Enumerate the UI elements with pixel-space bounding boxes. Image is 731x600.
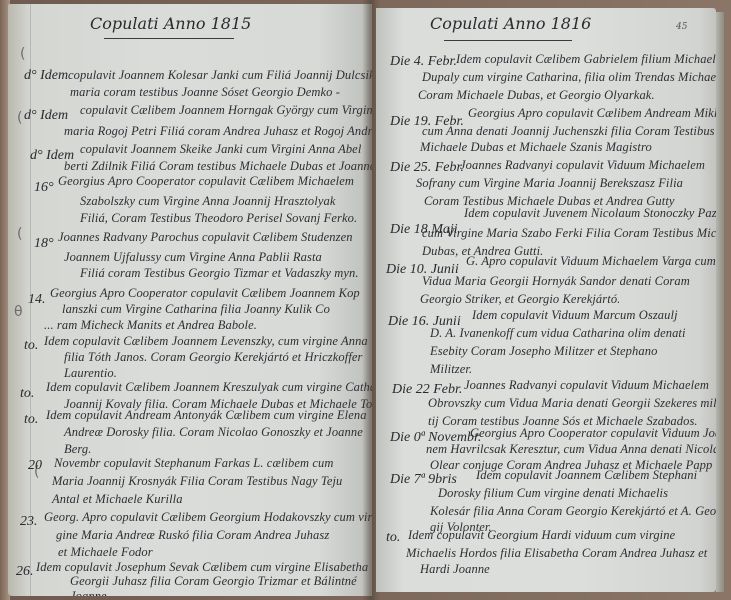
entry-line: Idem copulavit Andream Antonyák Cælibem … — [46, 408, 367, 423]
entry-line: Idem copulavit Cælibem Gabrielem filium … — [456, 52, 716, 67]
entry-line: Joannes Radvanyi copulavit Viduum Michae… — [464, 378, 709, 393]
entry-line: cum Virgine Maria Szabo Ferki Filia Cora… — [422, 226, 716, 241]
entry-date: Die 4. Febr. — [390, 54, 457, 70]
page-title-left: Copulati Anno 1815 — [90, 14, 251, 33]
entry-line: Michaelis Hordos filia Elisabetha Coram … — [406, 546, 707, 561]
margin-mark: ( — [20, 46, 25, 62]
entry-line: Antal et Michaele Kurilla — [52, 492, 183, 507]
entry-line: Idem copulavit Georgium Hardi viduum cum… — [408, 528, 675, 543]
book-page-edges-right — [716, 12, 724, 592]
right-page: Copulati Anno 1816 45 Die 4. Febr. Idem … — [376, 8, 716, 592]
entry-line: Maria Joannij Krosnyák Filia Coram Testi… — [52, 474, 342, 489]
entry-line: copulavit Joannem Skeike Janki cum Virgi… — [80, 142, 361, 157]
entry-line: Georgii Juhasz filia Coram Georgio Trizm… — [70, 574, 357, 589]
entry-line: Militzer. — [430, 362, 472, 377]
entry-line: maria Rogoj Petri Filiá coram Andrea Juh… — [64, 124, 372, 139]
entry-line: copulavit Cælibem Joannem Horngak György… — [80, 103, 372, 118]
register-book: Copulati Anno 1815 ( ( ( θ ( d° Idem cop… — [0, 0, 731, 600]
entry-line: Joannem Ujfalussy cum Virgine Anna Pabli… — [64, 250, 322, 265]
entry-line: nem Havrilcsak Keresztur, cum Vidua Anna… — [426, 442, 716, 457]
entry-line: berti Zdilnik Filiá Coram testibus Micha… — [64, 159, 372, 174]
entry-line: Michaele Dubas et Michaele Szanis Magist… — [420, 140, 652, 155]
entry-date: d° Idem — [24, 108, 68, 124]
entry-line: Georgius Apro Cooperator copulavit Cælib… — [50, 286, 360, 301]
entry-line: gine Maria Andreæ Ruskó filia Coram Andr… — [56, 528, 329, 543]
entry-date: to. — [24, 338, 38, 354]
entry-line: maria coram testibus Joanne Sóset Georgi… — [70, 85, 340, 100]
entry-line: et Michaele Fodor — [58, 545, 153, 560]
entry-line: Georgius Apro Cooperator copulavit Cælib… — [58, 174, 354, 189]
entry-line: Hardi Joanne — [420, 562, 490, 577]
entry-line: Joannes Radvany Parochus copulavit Cælib… — [58, 230, 353, 245]
entry-line: Dorosky filium Cum virgine denati Michae… — [438, 486, 668, 501]
entry-line: Vidua Maria Georgii Hornyák Sandor denat… — [422, 274, 690, 289]
margin-mark: θ — [14, 304, 23, 320]
margin-mark: ( — [17, 110, 22, 126]
entry-line: Georgio Striker, et Georgio Kerekjártó. — [420, 292, 620, 307]
entry-line: Georgius Apro Cooperator copulavit Viduu… — [470, 426, 716, 441]
entry-date: to. — [386, 530, 400, 546]
entry-line: Sofrany cum Virgine Maria Joannij Bereks… — [416, 176, 683, 191]
entry-line: Idem copulavit Juvenem Nicolaum Stonoczk… — [464, 206, 716, 221]
entry-date: 18° — [34, 236, 54, 252]
entry-date: 26. — [16, 564, 34, 580]
entry-line: filia Tóth Janos. Coram Georgio Kerekjár… — [64, 350, 363, 365]
entry-line: Filiá, Coram Testibus Theodoro Perisel S… — [80, 211, 357, 226]
entry-date: 20 — [28, 458, 42, 474]
entry-line: Idem copulavit Cælibem Joannem Levenszky… — [44, 334, 368, 349]
entry-line: Idem copulavit Viduum Marcum Oszaulj — [472, 308, 678, 323]
entry-line: Laurentio. — [64, 366, 117, 381]
page-title-right: Copulati Anno 1816 — [430, 14, 591, 33]
entry-line: Idem copulavit Cælibem Joannem Kreszulya… — [46, 380, 372, 395]
entry-date: to. — [20, 386, 34, 402]
entry-line: Szabolszky cum Virgine Anna Joannij Hras… — [80, 194, 335, 209]
entry-line: Idem copulavit Josephum Sevak Cælibem cu… — [36, 560, 368, 575]
title-underline-right — [444, 40, 572, 41]
entry-line: Joannes Radvanyi copulavit Viduum Michae… — [460, 158, 705, 173]
entry-line: Obrovszky cum Vidua Maria denati Georgii… — [428, 396, 716, 411]
entry-line: G. Apro copulavit Viduum Michaelem Varga… — [466, 254, 716, 269]
entry-date: Die 25. Febr. — [390, 160, 464, 176]
entry-line: ... ram Micheck Manits et Andrea Babole. — [44, 318, 257, 333]
entry-date: 16° — [34, 180, 54, 196]
entry-line: Esebity Coram Josepho Militzer et Stepha… — [430, 344, 657, 359]
entry-date: 14. — [28, 292, 46, 308]
entry-line: Idem copulavit Joannem Cælibem Stephani — [476, 468, 697, 483]
entry-line: Andreæ Dorosky filia. Coram Nicolao Gono… — [64, 425, 363, 440]
entry-line: Georgius Apro copulavit Cælibem Andream … — [468, 106, 716, 121]
entry-date: to. — [24, 412, 38, 428]
entry-line: Novembr copulavit Stephanum Farkas L. cæ… — [54, 456, 334, 471]
entry-line: Kolesár filia Anna Coram Georgio Kerekjá… — [430, 504, 716, 519]
entry-line: lanszki cum Virgine Catharina filia Joan… — [62, 302, 330, 317]
entry-line: cum Anna denati Joannij Juchenszki filia… — [422, 124, 715, 139]
entry-line: Berg. — [64, 442, 91, 457]
entry-line: D. A. Ivanenkoff cum vidua Catharina oli… — [430, 326, 686, 341]
page-number: 45 — [676, 22, 687, 32]
entry-line: Filiá coram Testibus Georgio Tizmar et V… — [80, 266, 359, 281]
entry-line: Dupaly cum virgine Catharina, filia olim… — [422, 70, 716, 85]
title-underline-left — [104, 38, 234, 39]
entry-line: copulavit Joannem Kolesar Janki cum Fili… — [68, 68, 372, 83]
margin-mark: ( — [17, 226, 22, 242]
entry-date: 23. — [20, 514, 38, 530]
entry-line: Coram Michaele Dubas, et Georgio Olyarka… — [418, 88, 655, 103]
left-page: Copulati Anno 1815 ( ( ( θ ( d° Idem cop… — [8, 4, 372, 596]
entry-line: Joanne — [70, 589, 107, 596]
entry-line: Georg. Apro copulavit Cælibem Georgium H… — [44, 510, 372, 525]
entry-date: d° Idem — [24, 68, 68, 84]
